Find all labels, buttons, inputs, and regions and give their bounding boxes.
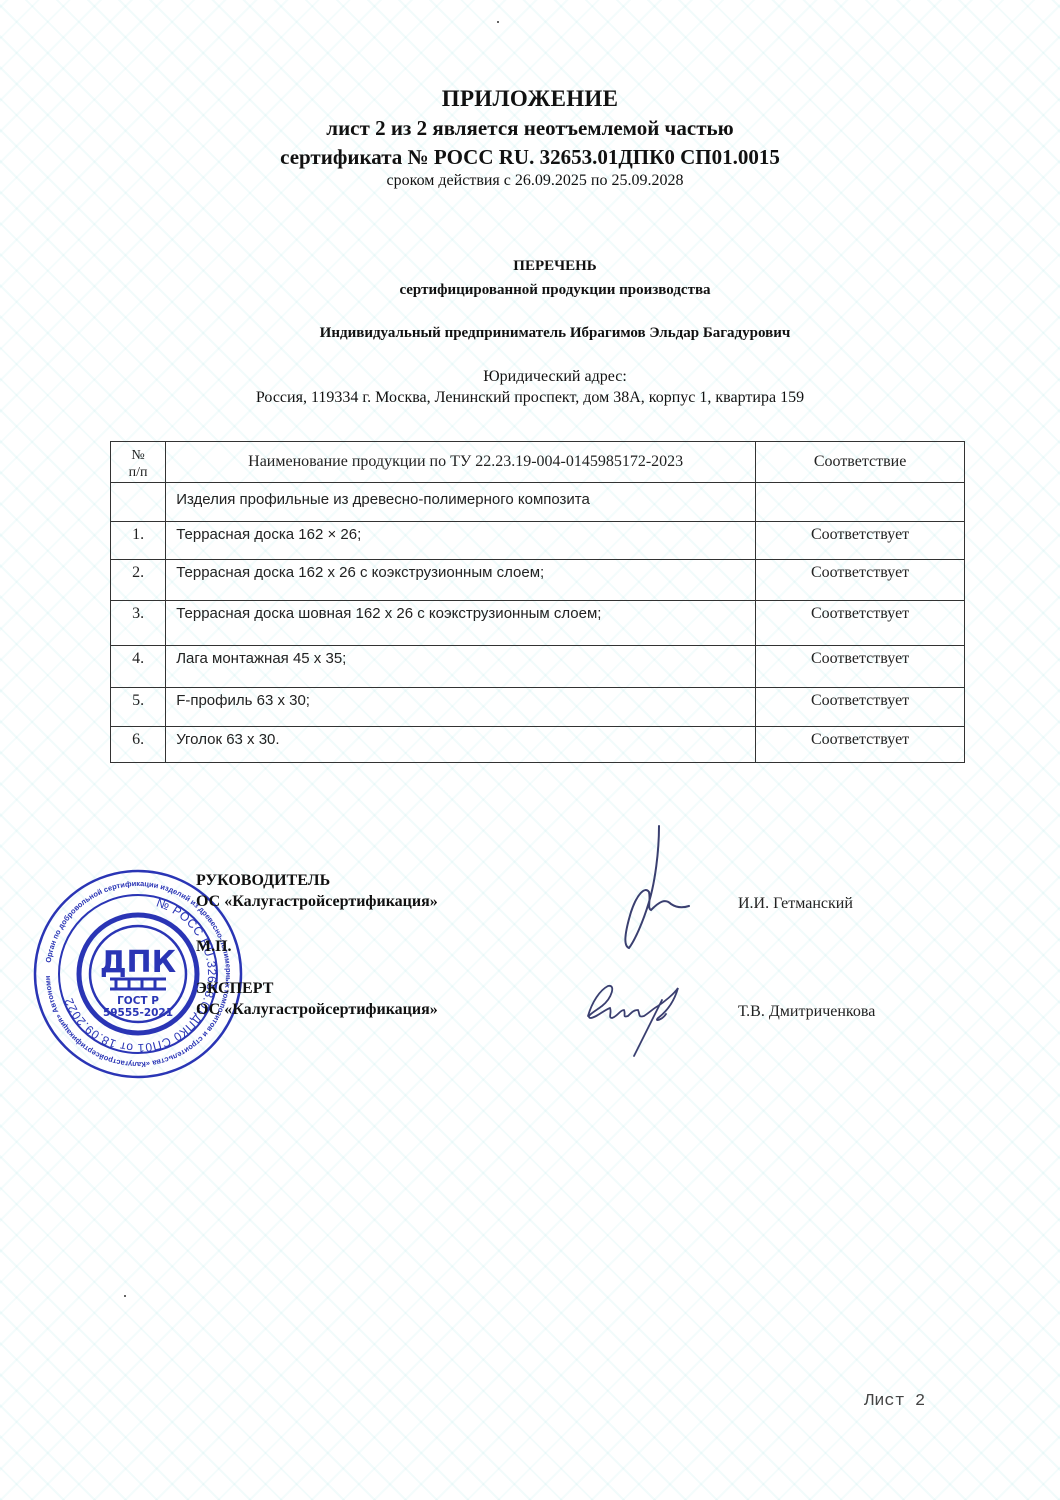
- column-header-number: № п/п: [111, 442, 166, 483]
- head-organization: ОС «Калугастройсертификация»: [196, 893, 438, 911]
- compliance-status: Соответствует: [756, 727, 965, 763]
- compliance-status: Соответствует: [756, 601, 965, 646]
- table-row: 5. F-профиль 63 х 30; Соответствует: [111, 688, 965, 727]
- list-title: ПЕРЕЧЕНЬ: [0, 258, 1060, 275]
- head-role: РУКОВОДИТЕЛЬ: [196, 872, 330, 890]
- compliance-status: Соответствует: [756, 646, 965, 688]
- row-number: 5.: [111, 688, 166, 727]
- scan-speck: [497, 21, 499, 23]
- table-group-row: Изделия профильные из древесно-полимерно…: [111, 483, 965, 522]
- product-name: Террасная доска шовная 162 х 26 с коэкст…: [166, 601, 756, 646]
- table-header-row: № п/п Наименование продукции по ТУ 22.23…: [111, 442, 965, 483]
- header-number-symbol: №: [111, 447, 165, 464]
- page-label: Лист 2: [864, 1392, 925, 1411]
- header-number-abbr: п/п: [111, 464, 165, 481]
- column-header-name: Наименование продукции по ТУ 22.23.19-00…: [166, 442, 756, 483]
- product-name: Террасная доска 162 х 26 с коэкструзионн…: [166, 560, 756, 601]
- expert-name: Т.В. Дмитриченкова: [738, 1003, 875, 1021]
- row-number: 4.: [111, 646, 166, 688]
- group-name: Изделия профильные из древесно-полимерно…: [166, 483, 756, 522]
- product-name: Уголок 63 х 30.: [166, 727, 756, 763]
- product-name: Лага монтажная 45 х 35;: [166, 646, 756, 688]
- expert-organization: ОС «Калугастройсертификация»: [196, 1001, 438, 1019]
- table-row: 4. Лага монтажная 45 х 35; Соответствует: [111, 646, 965, 688]
- head-name: И.И. Гетманский: [738, 895, 853, 913]
- address-label: Юридический адрес:: [0, 368, 1060, 386]
- certificate-number: сертификата № РОСС RU. 32653.01ДПК0 СП01…: [0, 145, 1060, 170]
- row-number: 1.: [111, 522, 166, 560]
- compliance-status: Соответствует: [756, 688, 965, 727]
- product-name: F-профиль 63 х 30;: [166, 688, 756, 727]
- row-number: 6.: [111, 727, 166, 763]
- table-row: 6. Уголок 63 х 30. Соответствует: [111, 727, 965, 763]
- stamp-standard-line2: 59555-2021: [103, 1007, 173, 1019]
- seal-mark: М.П.: [196, 938, 232, 956]
- scan-speck: [124, 1295, 126, 1297]
- row-number: 3.: [111, 601, 166, 646]
- table-row: 1. Террасная доска 162 × 26; Соответству…: [111, 522, 965, 560]
- compliance-status: Соответствует: [756, 522, 965, 560]
- expert-role: ЭКСПЕРТ: [196, 980, 273, 998]
- legal-address: Россия, 119334 г. Москва, Ленинский прос…: [0, 389, 1060, 407]
- stamp-standard-line1: ГОСТ Р: [117, 995, 159, 1007]
- products-table: № п/п Наименование продукции по ТУ 22.23…: [110, 441, 965, 763]
- validity-period: сроком действия с 26.09.2025 по 25.09.20…: [0, 172, 1060, 190]
- certificate-holder: Индивидуальный предприниматель Ибрагимов…: [0, 325, 1060, 342]
- compliance-status: Соответствует: [756, 560, 965, 601]
- row-number: 2.: [111, 560, 166, 601]
- expert-signature: [582, 972, 692, 1062]
- list-subtitle: сертифицированной продукции производства: [0, 282, 1060, 299]
- table-row: 2. Террасная доска 162 х 26 с коэкструзи…: [111, 560, 965, 601]
- deck-board-icon: [110, 979, 166, 989]
- document-title: ПРИЛОЖЕНИЕ: [0, 86, 1060, 112]
- sheet-statement: лист 2 из 2 является неотъемлемой частью: [0, 116, 1060, 141]
- product-name: Террасная доска 162 × 26;: [166, 522, 756, 560]
- stamp-logo-text: ДПК: [100, 945, 177, 980]
- head-signature: [615, 822, 695, 952]
- column-header-status: Соответствие: [756, 442, 965, 483]
- table-row: 3. Террасная доска шовная 162 х 26 с коэ…: [111, 601, 965, 646]
